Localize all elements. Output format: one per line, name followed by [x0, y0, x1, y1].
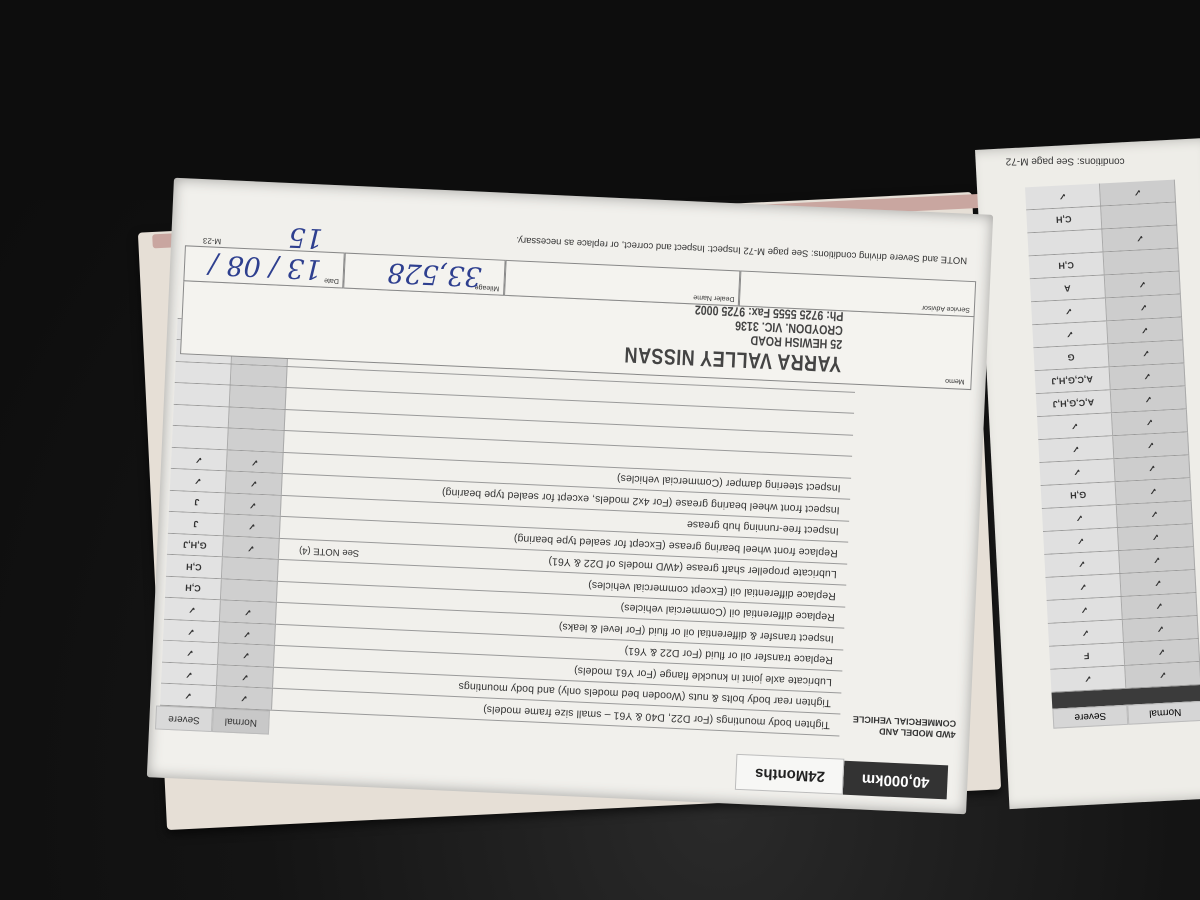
normal-check	[221, 579, 278, 602]
task-note	[281, 506, 361, 510]
task-note	[283, 463, 363, 467]
mileage-handwritten: 33,528	[387, 256, 483, 291]
normal-check: ✓	[223, 536, 280, 559]
task-note	[273, 678, 353, 682]
normal-check	[231, 365, 288, 388]
severe-check: ✓	[163, 620, 220, 643]
right-normal-check	[1101, 203, 1177, 229]
right-normal-check: ✓	[1110, 363, 1186, 389]
right-normal-check: ✓	[1123, 616, 1199, 642]
right-service-table: Normal Severe ✓✓✓F✓✓✓✓✓✓✓✓✓✓✓✓✓G,H✓✓✓✓✓✓…	[1025, 180, 1200, 729]
task-note	[287, 377, 367, 381]
right-normal-check: ✓	[1100, 180, 1176, 206]
right-severe-check: ✓	[1039, 459, 1115, 485]
right-severe-check: G	[1033, 344, 1109, 370]
right-severe-check: ✓	[1042, 505, 1118, 531]
normal-check: ✓	[225, 493, 282, 516]
severe-check: C,H	[165, 577, 222, 600]
right-normal-check: ✓	[1118, 524, 1194, 550]
interval-km-tab: 40,000km	[843, 761, 948, 800]
task-note	[282, 485, 362, 489]
mileage-field: Mileage 33,528	[344, 253, 506, 296]
right-normal-check: ✓	[1125, 662, 1200, 688]
task-note	[285, 420, 365, 424]
severe-check: ✓	[162, 641, 219, 664]
right-normal-check: ✓	[1117, 501, 1193, 527]
right-normal-check: ✓	[1105, 271, 1181, 297]
task-note	[277, 592, 357, 596]
right-severe-check: ✓	[1031, 298, 1107, 324]
right-normal-check: ✓	[1124, 639, 1200, 665]
right-severe-check: G,H	[1041, 482, 1117, 508]
right-severe-check: ✓	[1044, 551, 1120, 577]
memo-label: Memo	[945, 377, 965, 385]
header-severe: Severe	[155, 705, 213, 732]
section-label: 4WD MODEL AND COMMERCIAL VEHICLE	[845, 713, 956, 740]
header-normal: Normal	[212, 708, 270, 735]
severe-check	[175, 362, 232, 385]
right-severe-check: ✓	[1047, 597, 1123, 623]
right-severe-check: ✓	[1037, 413, 1113, 439]
right-normal-check: ✓	[1119, 547, 1195, 573]
right-page: conditions: See page M-72 Normal Severe …	[975, 137, 1200, 809]
normal-check	[229, 407, 286, 430]
severe-check	[173, 405, 230, 428]
normal-check: ✓	[220, 601, 277, 624]
normal-check: ✓	[224, 515, 281, 538]
right-page-note: conditions: See page M-72	[1006, 155, 1125, 166]
service-advisor-label: Service Advisor	[922, 304, 971, 313]
task-note	[286, 399, 366, 403]
task-note	[272, 699, 352, 703]
interval-months-tab: 24Months	[735, 754, 845, 795]
severe-check: ✓	[171, 448, 228, 471]
severe-check: C,H	[166, 555, 223, 578]
right-normal-check: ✓	[1111, 386, 1187, 412]
severe-check: ✓	[161, 663, 218, 686]
right-header-severe: Severe	[1052, 705, 1128, 729]
date-label: Date	[324, 277, 339, 285]
task-note	[275, 635, 355, 639]
footer-note: NOTE and Severe driving conditions: See …	[516, 234, 967, 265]
right-normal-check: ✓	[1122, 593, 1198, 619]
right-normal-check: ✓	[1107, 317, 1183, 343]
right-normal-check: ✓	[1116, 478, 1192, 504]
right-header-normal: Normal	[1127, 701, 1200, 725]
service-interval-tabs: 40,000km 24Months	[735, 754, 948, 800]
normal-check: ✓	[226, 472, 283, 495]
right-severe-check: ✓	[1025, 184, 1101, 210]
right-severe-check: ✓	[1050, 666, 1126, 692]
severe-check	[172, 426, 229, 449]
severe-check	[174, 383, 231, 406]
date-handwritten: 13 / 08 / 15	[184, 216, 323, 284]
right-normal-check	[1104, 248, 1180, 274]
service-task-table: Tighten body mountings (For D22, D40 & Y…	[160, 318, 857, 736]
right-severe-check: ✓	[1048, 620, 1124, 646]
right-severe-check	[1027, 229, 1103, 255]
right-severe-check: A	[1030, 275, 1106, 301]
date-field: Date 13 / 08 / 15	[183, 245, 345, 288]
page-number: M-23	[203, 236, 222, 246]
normal-check: ✓	[219, 622, 276, 645]
severe-check: ✓	[160, 684, 217, 707]
right-severe-check: ✓	[1045, 574, 1121, 600]
right-normal-check: ✓	[1120, 570, 1196, 596]
normal-check	[222, 558, 279, 581]
task-note	[276, 614, 356, 618]
right-severe-check: C,H	[1026, 206, 1102, 232]
severe-check: J	[168, 512, 225, 535]
right-severe-check: ✓	[1038, 436, 1114, 462]
normal-check: ✓	[217, 665, 274, 688]
task-note	[274, 657, 354, 661]
right-severe-check: F	[1049, 643, 1125, 669]
task-note	[278, 571, 358, 575]
task-note	[280, 528, 360, 532]
right-normal-check: ✓	[1106, 294, 1182, 320]
normal-check	[228, 429, 285, 452]
right-normal-check: ✓	[1114, 455, 1190, 481]
right-severe-check: C,H	[1029, 252, 1105, 278]
right-normal-check: ✓	[1112, 409, 1188, 435]
normal-check: ✓	[216, 687, 273, 710]
severe-check: ✓	[164, 598, 221, 621]
task-note: See NOTE (4)	[279, 544, 359, 559]
severe-check: ✓	[170, 469, 227, 492]
normal-check	[230, 386, 287, 409]
right-severe-check: A,C,G,H,J	[1036, 390, 1112, 416]
right-severe-check: A,C,G,H,J	[1035, 367, 1111, 393]
service-logbook-page: 40,000km 24Months Normal Severe 4WD MODE…	[147, 178, 993, 815]
normal-check: ✓	[227, 450, 284, 473]
right-normal-check: ✓	[1108, 340, 1184, 366]
normal-check: ✓	[218, 644, 275, 667]
severe-check: G,H,J	[167, 534, 224, 557]
right-normal-check: ✓	[1102, 226, 1178, 252]
right-severe-check: ✓	[1032, 321, 1108, 347]
task-note	[284, 442, 364, 446]
severe-check: J	[169, 491, 226, 514]
right-severe-check: ✓	[1043, 528, 1119, 554]
right-normal-check: ✓	[1113, 432, 1189, 458]
dealer-name-label: Dealer Name	[693, 293, 735, 302]
